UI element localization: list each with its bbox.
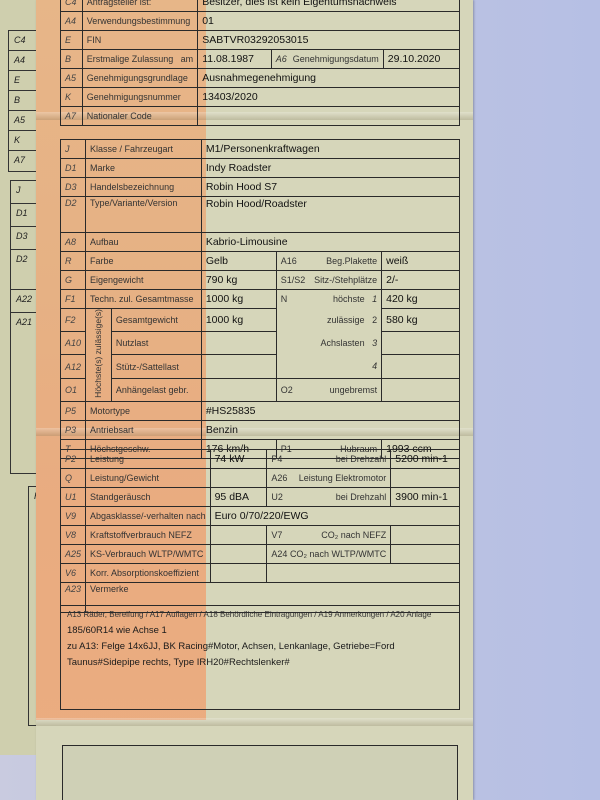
fuel-wltp-value — [210, 545, 267, 564]
row-g: G Eigengewicht 790 kg S1/S2Sitz-/Stehplä… — [61, 271, 460, 290]
remarks-header: A13 Räder, Bereifung / A17 Auflagen / A1… — [67, 610, 453, 619]
fold-line — [36, 718, 473, 726]
color-value: Gelb — [201, 252, 276, 271]
vin-value: SABTVR03292053015 — [198, 31, 460, 50]
fuel-nedc-value — [210, 526, 267, 545]
section-registration-info: C4 Antragsteller ist: Besitzer, dies ist… — [60, 0, 460, 126]
approval-number-value: 13403/2020 — [198, 88, 460, 107]
row-a7: A7 Nationaler Code — [61, 107, 460, 126]
approval-basis-value: Ausnahmegenehmigung — [198, 69, 460, 88]
noise-value: 95 dBA — [210, 488, 267, 507]
approval-date: 29.10.2020 — [383, 50, 459, 69]
sticker-value: weiß — [382, 252, 460, 271]
power-weight-value — [210, 469, 267, 488]
row-k: K Genehmigungsnummer 13403/2020 — [61, 88, 460, 107]
row-u1: U1 Standgeräusch 95 dBA U2bei Drehzahl 3… — [61, 488, 460, 507]
first-registration-date: 11.08.1987 — [198, 50, 272, 69]
noise-rpm-value: 3900 min-1 — [391, 488, 460, 507]
power-value: 74 kW — [210, 450, 267, 469]
unbraked-trailer-value — [382, 378, 460, 401]
make-value: Indy Roadster — [201, 159, 459, 178]
row-d2: D2 Type/Variante/Version Robin Hood/Road… — [61, 197, 460, 233]
axle-load-1-value: 420 kg — [382, 290, 460, 309]
remark-line: 185/60R14 wie Achse 1 — [67, 625, 453, 636]
usage-value: 01 — [198, 12, 460, 31]
type-variant-value: Robin Hood/Roadster — [201, 197, 459, 233]
row-q: Q Leistung/Gewicht A26Leistung Elektromo… — [61, 469, 460, 488]
axle-load-3-value — [382, 332, 460, 355]
section-vehicle-data: J Klasse / Fahrzeugart M1/Personenkraftw… — [60, 139, 460, 459]
applicant-value: Besitzer, dies ist kein Eigentumsnachwei… — [198, 0, 460, 12]
row-c4: C4 Antragsteller ist: Besitzer, dies ist… — [61, 0, 460, 12]
row-v8: V8 Kraftstoffverbrauch NEFZ V7CO₂ nach N… — [61, 526, 460, 545]
section-performance-emissions: P2 Leistung 74 kW P4bei Drehzahl 5200 mi… — [60, 449, 460, 613]
payload-value — [201, 332, 276, 355]
row-j: J Klasse / Fahrzeugart M1/Personenkraftw… — [61, 140, 460, 159]
row-p3: P3 Antriebsart Benzin — [61, 420, 460, 439]
axle-load-4-value — [382, 355, 460, 378]
row-r: R Farbe Gelb A16Beg.Plakette weiß — [61, 252, 460, 271]
row-p2: P2 Leistung 74 kW P4bei Drehzahl 5200 mi… — [61, 450, 460, 469]
electric-power-value — [391, 469, 460, 488]
tech-gross-mass-value: 1000 kg — [201, 290, 276, 309]
national-code-value — [198, 107, 460, 126]
trade-name-value: Robin Hood S7 — [201, 178, 459, 197]
absorption-value — [210, 564, 267, 583]
row-p5: P5 Motortype #HS25835 — [61, 401, 460, 420]
seats-value: 2/- — [382, 271, 460, 290]
row-a12: A12 Stütz-/Sattellast 4 — [61, 355, 460, 378]
row-a8: A8 Aufbau Kabrio-Limousine — [61, 233, 460, 252]
row-d1: D1 Marke Indy Roadster — [61, 159, 460, 178]
row-b: B Erstmalige Zulassungam 11.08.1987 A6Ge… — [61, 50, 460, 69]
co2-wltp-value — [391, 545, 460, 564]
row-v9: V9 Abgasklasse/-verhalten nach Euro 0/70… — [61, 507, 460, 526]
vehicle-class-value: M1/Personenkraftwagen — [201, 140, 459, 159]
registration-document: C4 Antragsteller ist: Besitzer, dies ist… — [36, 0, 473, 800]
row-a4: A4 Verwendungsbestimmung 01 — [61, 12, 460, 31]
row-a10: A10 Nutzlast Achslasten 3 — [61, 332, 460, 355]
row-v6: V6 Korr. Absorptionskoeffizient — [61, 564, 460, 583]
axle-load-2-value: 580 kg — [382, 309, 460, 332]
row-e: E FIN SABTVR03292053015 — [61, 31, 460, 50]
row-f2: F2 Höchste(s) zulässige(s) Gesamtgewicht… — [61, 309, 460, 332]
row-o1: O1 Anhängelast gebr. O2ungebremst — [61, 378, 460, 401]
co2-nedc-value — [391, 526, 460, 545]
group-label: Höchste(s) zulässige(s) — [94, 309, 103, 398]
row-d3: D3 Handelsbezeichnung Robin Hood S7 — [61, 178, 460, 197]
braked-trailer-value — [201, 378, 276, 401]
emission-class-value: Euro 0/70/220/EWG — [210, 507, 459, 526]
fuel-type-value: Benzin — [201, 420, 459, 439]
gross-weight-value: 1000 kg — [201, 309, 276, 332]
engine-type-value: #HS25835 — [201, 401, 459, 420]
next-section-box — [62, 745, 458, 800]
remarks-box: A13 Räder, Bereifung / A17 Auflagen / A1… — [60, 605, 460, 710]
remark-line: Taunus#Sidepipe rechts, Type IRH20#Recht… — [67, 657, 453, 668]
row-a5: A5 Genehmigungsgrundlage Ausnahmegenehmi… — [61, 69, 460, 88]
support-load-value — [201, 355, 276, 378]
body-type-value: Kabrio-Limousine — [201, 233, 459, 252]
curb-weight-value: 790 kg — [201, 271, 276, 290]
row-f1: F1 Techn. zul. Gesamtmasse 1000 kg Nhöch… — [61, 290, 460, 309]
remark-line: zu A13: Felge 14x6JJ, BK Racing#Motor, A… — [67, 641, 453, 652]
row-a25: A25 KS-Verbrauch WLTP/WMTC A24 CO₂ nach … — [61, 545, 460, 564]
power-rpm-value: 5200 min-1 — [391, 450, 460, 469]
